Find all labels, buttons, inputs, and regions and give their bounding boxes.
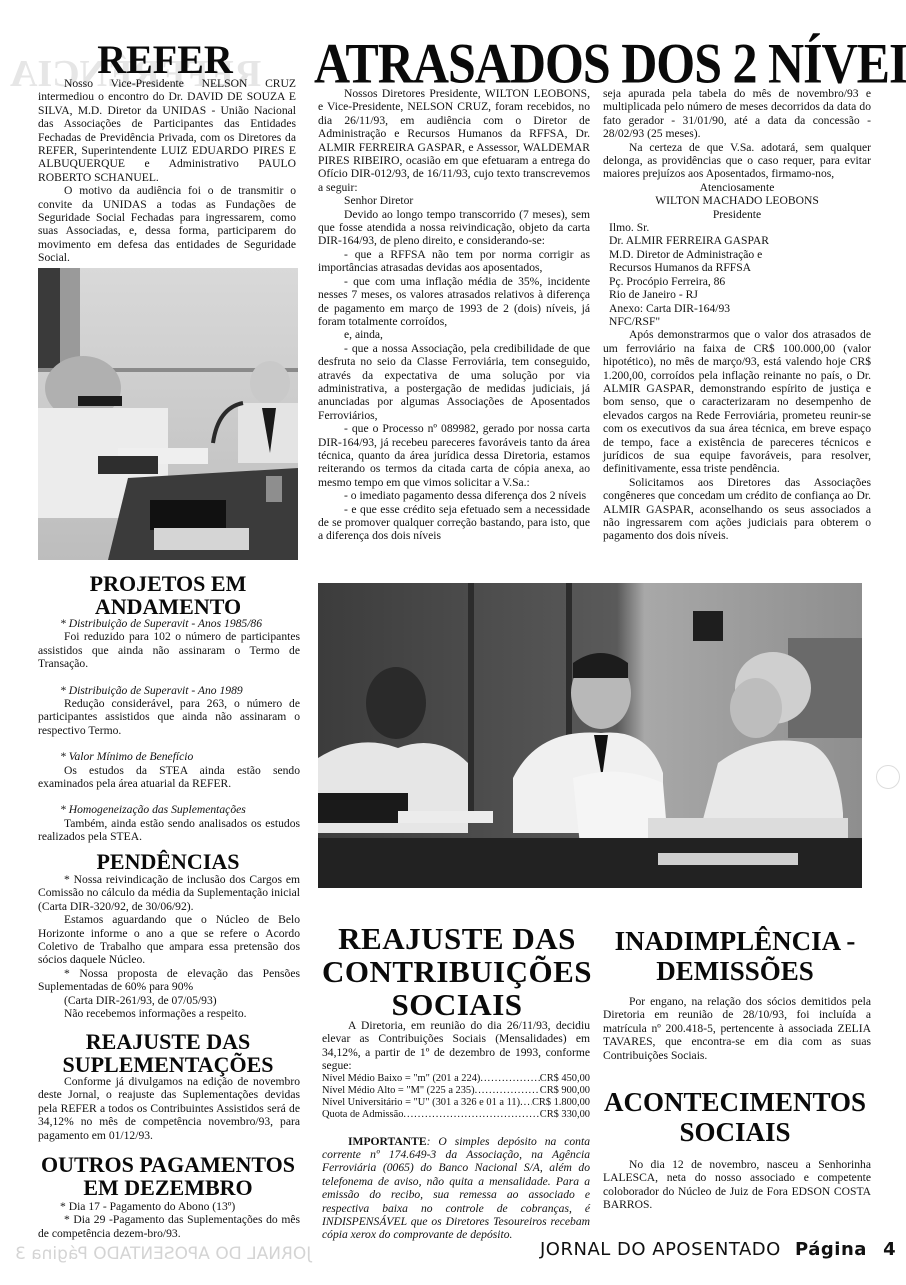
page-footer: JORNAL DO APOSENTADO Página 4 — [540, 1239, 896, 1260]
article-body-atrasados-col1: Nossos Diretores Presidente, WILTON LEOB… — [318, 87, 590, 543]
address-line: Anexo: Carta DIR-164/93 — [609, 302, 871, 315]
paragraph: Senhor Diretor — [318, 194, 590, 207]
paragraph: * Nossa reivindicação de inclusão dos Ca… — [38, 873, 300, 913]
section-body-reajuste-contribuicoes: A Diretoria, em reunião do dia 26/11/93,… — [322, 1019, 590, 1242]
section-body-acontecimentos: No dia 12 de novembro, nasceu a Senhorin… — [603, 1158, 871, 1212]
title-line: OUTROS PAGAMENTOS — [41, 1152, 295, 1177]
paragraph: - e que esse crédito seja efetuado sem a… — [318, 503, 590, 543]
title-line: CONTRIBUIÇÕES — [322, 954, 592, 989]
leader-dots — [520, 1097, 532, 1109]
item-text: Foi reduzido para 102 o número de partic… — [38, 630, 300, 670]
title-line: DEMISSÕES — [656, 956, 814, 986]
section-title-projetos: PROJETOS EM ANDAMENTO — [38, 572, 298, 618]
important-label: IMPORTANTE — [348, 1135, 427, 1148]
row-value: CR$ 330,00 — [540, 1109, 590, 1121]
item-subtitle: * Valor Mínimo de Benefício — [38, 750, 300, 763]
photo-image — [38, 268, 298, 560]
paragraph: (Carta DIR-261/93, de 07/05/93) — [38, 994, 300, 1007]
item-text: Os estudos da STEA ainda estão sendo exa… — [38, 764, 300, 791]
title-line: REAJUSTE DAS — [86, 1029, 250, 1054]
paragraph: Solicitamos aos Diretores das Associaçõe… — [603, 476, 871, 543]
photo-refer-meeting — [38, 268, 298, 560]
paragraph: Por engano, na relação dos sócios demiti… — [603, 995, 871, 1062]
table-row: Nível Médio Baixo = "m" (201 a 224) CR$ … — [322, 1073, 590, 1085]
section-body-inadimplencia: Por engano, na relação dos sócios demiti… — [603, 995, 871, 1062]
title-line: ANDAMENTO — [95, 594, 241, 619]
address-line: M.D. Diretor de Administração e — [609, 248, 871, 261]
section-title-reajuste-contribuicoes: REAJUSTE DAS CONTRIBUIÇÕES SOCIAIS — [318, 922, 596, 1021]
section-body-reajuste-suplementacoes: Conforme já divulgamos na edição de nove… — [38, 1075, 300, 1142]
list-item: * Dia 17 - Pagamento do Abono (13º) — [38, 1200, 300, 1213]
title-line: SUPLEMENTAÇÕES — [62, 1052, 273, 1077]
address-block: Ilmo. Sr. Dr. ALMIR FERREIRA GASPAR M.D.… — [603, 221, 871, 328]
article-body-atrasados-col2: seja apurada pela tabela do mês de novem… — [603, 87, 871, 543]
section-title-acontecimentos: ACONTECIMENTOS SOCIAIS — [598, 1087, 872, 1147]
row-value: CR$ 900,00 — [540, 1085, 590, 1097]
paragraph: - que a RFFSA não tem por norma corrigir… — [318, 248, 590, 275]
row-label: Quota de Admissão — [322, 1109, 403, 1121]
row-label: Nível Médio Baixo = "m" (201 a 224) — [322, 1073, 480, 1085]
address-line: Rio de Janeiro - RJ — [609, 288, 871, 301]
paragraph: * Nossa proposta de elevação das Pensões… — [38, 967, 300, 994]
photo-image — [318, 583, 862, 888]
title-line: SOCIAIS — [679, 1117, 790, 1147]
address-line: NFC/RSF" — [609, 315, 871, 328]
paragraph: Estamos aguardando que o Núcleo de Belo … — [38, 913, 300, 967]
row-value: CR$ 450,00 — [540, 1073, 590, 1085]
paragraph: Após demonstrarmos que o valor dos atras… — [603, 328, 871, 475]
title-line: ACONTECIMENTOS — [604, 1087, 866, 1117]
article-title-refer: REFER — [40, 40, 290, 80]
item-subtitle: * Homogeneização das Suplementações — [38, 803, 300, 816]
title-line: PROJETOS EM — [90, 571, 247, 596]
photo-atrasados-meeting — [318, 583, 862, 888]
paragraph: No dia 12 de novembro, nasceu a Senhorin… — [603, 1158, 871, 1212]
section-body-projetos: * Distribuição de Superavit - Anos 1985/… — [38, 617, 300, 844]
section-title-inadimplencia: INADIMPLÊNCIA - DEMISSÕES — [600, 926, 870, 986]
address-line: Dr. ALMIR FERREIRA GASPAR — [609, 234, 871, 247]
paragraph: Nossos Diretores Presidente, WILTON LEOB… — [318, 87, 590, 194]
address-line: Recursos Humanos da RFFSA — [609, 261, 871, 274]
section-body-pendencias: * Nossa reivindicação de inclusão dos Ca… — [38, 873, 300, 1020]
title-line: REAJUSTE DAS — [338, 921, 576, 956]
row-value: CR$ 1.800,00 — [532, 1097, 590, 1109]
leader-dots — [480, 1073, 539, 1085]
paragraph: Na certeza de que V.Sa. adotará, sem qua… — [603, 141, 871, 181]
section-body-outros-pagamentos: * Dia 17 - Pagamento do Abono (13º) * Di… — [38, 1200, 300, 1240]
row-label: Nível Médio Alto = "M" (225 a 235) — [322, 1085, 475, 1097]
signature-closing: Atenciosamente — [603, 181, 871, 194]
list-item: * Dia 29 -Pagamento das Suplementações d… — [38, 1213, 300, 1240]
article-title-atrasados: ATRASADOS DOS 2 NÍVEIS — [314, 34, 904, 92]
signature-name: WILTON MACHADO LEOBONS — [603, 194, 871, 207]
article-body-refer: Nosso Vice-Presidente NELSON CRUZ interm… — [38, 77, 296, 265]
item-text: Redução considerável, para 263, o número… — [38, 697, 300, 737]
paragraph: - que o Processo nº 089982, gerado por n… — [318, 422, 590, 489]
leader-dots — [475, 1085, 540, 1097]
paragraph: e, ainda, — [318, 328, 590, 341]
table-row: Nível Médio Alto = "M" (225 a 235) CR$ 9… — [322, 1085, 590, 1097]
row-label: Nível Universitário = "U" (301 a 326 e 0… — [322, 1097, 520, 1109]
paragraph: - o imediato pagamento dessa diferença d… — [318, 489, 590, 502]
footer-page-word: Página — [795, 1239, 867, 1260]
paragraph: seja apurada pela tabela do mês de novem… — [603, 87, 871, 141]
signature-role: Presidente — [603, 208, 871, 221]
paragraph: - que a nossa Associação, pela credibili… — [318, 342, 590, 422]
paragraph: A Diretoria, em reunião do dia 26/11/93,… — [322, 1019, 590, 1073]
paragraph: Nosso Vice-Presidente NELSON CRUZ interm… — [38, 77, 296, 184]
paragraph: Não recebemos informações a respeito. — [38, 1007, 300, 1020]
contribution-table: Nível Médio Baixo = "m" (201 a 224) CR$ … — [322, 1073, 590, 1121]
important-text: : O simples depósito na conta corrente n… — [322, 1135, 590, 1242]
table-row: Nível Universitário = "U" (301 a 326 e 0… — [322, 1097, 590, 1109]
punch-hole — [876, 765, 900, 789]
paragraph: Devido ao longo tempo transcorrido (7 me… — [318, 208, 590, 248]
address-line: Ilmo. Sr. — [609, 221, 871, 234]
item-text: Também, ainda estão sendo analisados os … — [38, 817, 300, 844]
item-subtitle: * Distribuição de Superavit - Ano 1989 — [38, 684, 300, 697]
paragraph: Conforme já divulgamos na edição de nove… — [38, 1075, 300, 1142]
section-title-outros-pagamentos: OUTROS PAGAMENTOS EM DEZEMBRO — [38, 1153, 298, 1199]
signature-block: Atenciosamente WILTON MACHADO LEOBONS Pr… — [603, 181, 871, 221]
table-row: Quota de Admissão CR$ 330,00 — [322, 1109, 590, 1121]
footer-publication: JORNAL DO APOSENTADO — [540, 1239, 781, 1260]
title-line: SOCIAIS — [392, 987, 523, 1022]
item-subtitle: * Distribuição de Superavit - Anos 1985/… — [38, 617, 300, 630]
paragraph: - que com uma inflação média de 35%, inc… — [318, 275, 590, 329]
title-line: INADIMPLÊNCIA - — [615, 926, 856, 956]
footer-page-number: 4 — [883, 1239, 896, 1260]
section-title-reajuste-suplementacoes: REAJUSTE DAS SUPLEMENTAÇÕES — [38, 1030, 298, 1076]
important-note: IMPORTANTE: O simples depósito na conta … — [322, 1135, 590, 1242]
address-line: Pç. Procópio Ferreira, 86 — [609, 275, 871, 288]
bleed-through-footer: JORNAL DO APOSENTADO Página 3 — [15, 1244, 311, 1264]
title-line: EM DEZEMBRO — [83, 1175, 252, 1200]
paragraph: O motivo da audiência foi o de transmiti… — [38, 184, 296, 264]
leader-dots — [403, 1109, 539, 1121]
section-title-pendencias: PENDÊNCIAS — [38, 850, 298, 873]
